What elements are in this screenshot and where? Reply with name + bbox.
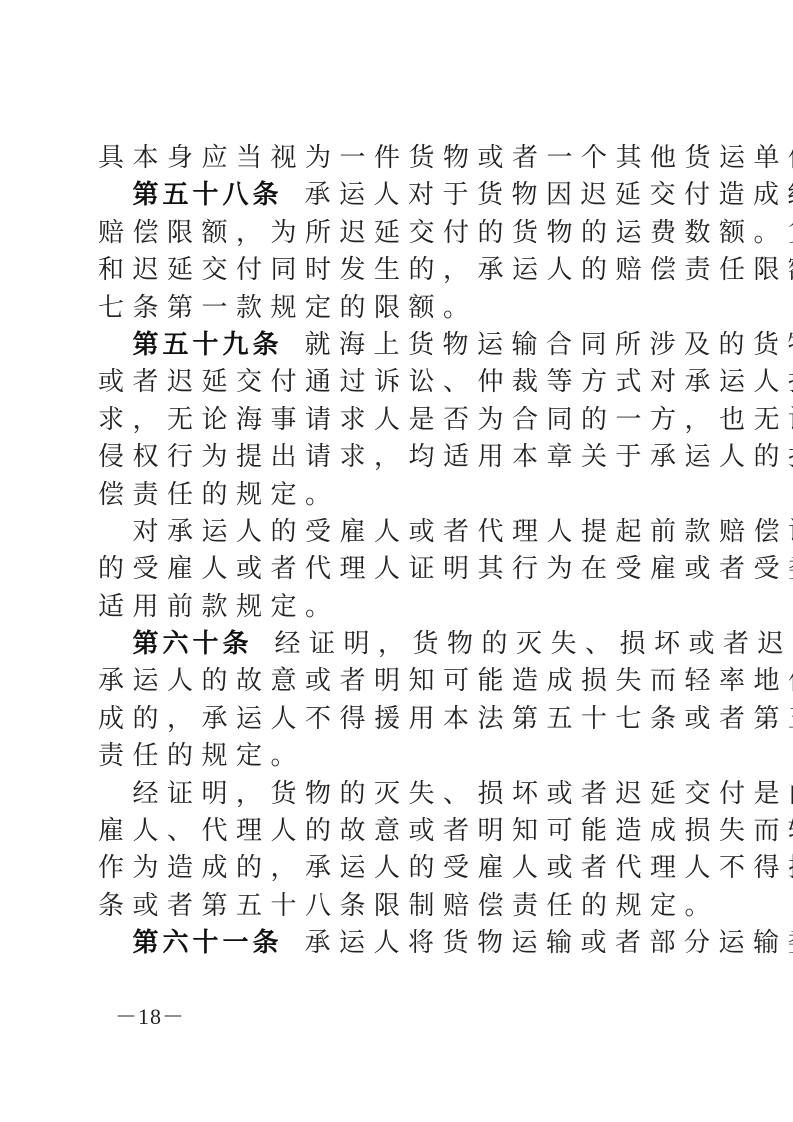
text-line: 责任的规定。 [98, 738, 688, 775]
text-line: 适用前款规定。 [98, 589, 688, 626]
text-line: 成的，承运人不得援用本法第五十七条或者第五十八条限制赔偿 [98, 701, 688, 738]
article-text: 就海上货物运输合同所涉及的货物灭失、损坏 [305, 330, 793, 360]
paragraph-start-line: 对承运人的受雇人或者代理人提起前款赔偿请求的，承运人 [98, 514, 688, 551]
article-58-heading-line: 第五十八条承运人对于货物因迟延交付造成经济损失的 [98, 177, 688, 214]
text-line: 偿责任的规定。 [98, 477, 688, 514]
text-line: 侵权行为提出请求，均适用本章关于承运人的抗辩理由和限制赔 [98, 439, 688, 476]
text-line: 赔偿限额，为所迟延交付的货物的运费数额。货物的灭失、损坏 [98, 215, 688, 252]
article-number: 第六十一条 [133, 928, 283, 958]
text-line: 条或者第五十八条限制赔偿责任的规定。 [98, 888, 688, 925]
article-number: 第五十八条 [133, 180, 283, 210]
text-line: 雇人、代理人的故意或者明知可能造成损失而轻率地作为或者不 [98, 813, 688, 850]
text-line: 和迟延交付同时发生的，承运人的赔偿责任限额适用本法第五十 [98, 252, 688, 289]
text-line: 的受雇人或者代理人证明其行为在受雇或者受委托的范围内的， [98, 551, 688, 588]
article-text: 承运人对于货物因迟延交付造成经济损失的 [305, 180, 793, 210]
text-line: 求，无论海事请求人是否为合同的一方，也无论是根据合同或者 [98, 402, 688, 439]
text-line: 承运人的故意或者明知可能造成损失而轻率地作为或者不作为造 [98, 663, 688, 700]
article-text: 承运人将货物运输或者部分运输委托给实际 [305, 928, 793, 958]
article-60-heading-line: 第六十条经证明，货物的灭失、损坏或者迟延交付是由于 [98, 626, 688, 663]
paragraph-start-line: 经证明，货物的灭失、损坏或者迟延交付是由于承运人的受 [98, 776, 688, 813]
text-line: 作为造成的，承运人的受雇人或者代理人不得援用本法第五十七 [98, 850, 688, 887]
text-line: 七条第一款规定的限额。 [98, 290, 688, 327]
document-page: 具本身应当视为一件货物或者一个其他货运单位。 第五十八条承运人对于货物因迟延交付… [98, 140, 688, 963]
article-number: 第六十条 [133, 629, 253, 659]
page-number: －18－ [115, 1000, 185, 1031]
article-61-heading-line: 第六十一条承运人将货物运输或者部分运输委托给实际 [98, 925, 688, 962]
text-line: 或者迟延交付通过诉讼、仲裁等方式对承运人提起的任何赔偿请 [98, 364, 688, 401]
article-number: 第五十九条 [133, 330, 283, 360]
article-text: 经证明，货物的灭失、损坏或者迟延交付是由于 [275, 629, 793, 659]
article-59-heading-line: 第五十九条就海上货物运输合同所涉及的货物灭失、损坏 [98, 327, 688, 364]
text-line: 具本身应当视为一件货物或者一个其他货运单位。 [98, 140, 688, 177]
